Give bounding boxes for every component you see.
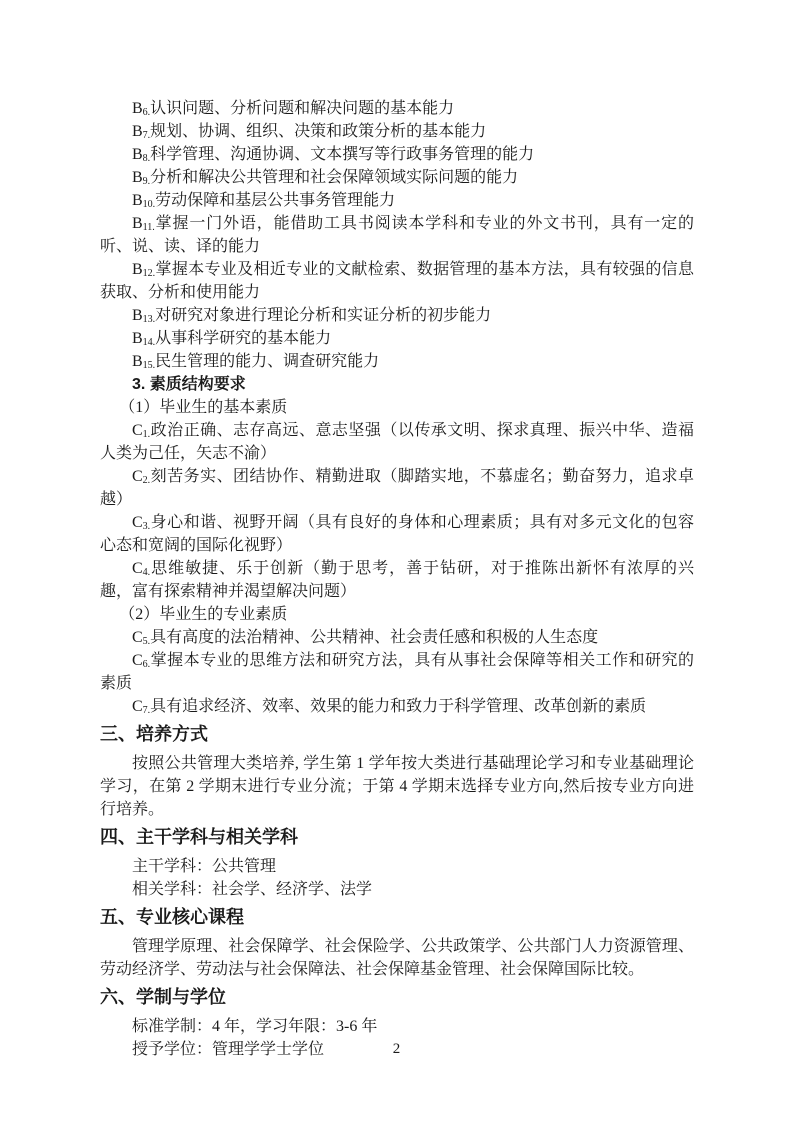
item-text: 规划、协调、组织、决策和政策分析的基本能力 [150, 123, 486, 140]
basic-quality-list: C1.政治正确、志存高远、意志坚强（以传承文明、探求真理、振兴中华、造福人类为己… [100, 419, 694, 603]
item-text: 刻苦务实、团结协作、精勤进取（脚踏实地，不慕虚名；勤奋努力，追求卓越） [100, 468, 694, 508]
item-text: 民生管理的能力、调查研究能力 [155, 353, 379, 370]
training-mode-paragraph: 按照公共管理大类培养, 学生第 1 学年按大类进行基础理论学习和专业基础理论学习… [100, 752, 694, 821]
item-prefix: C [132, 629, 143, 646]
item-prefix: B [132, 146, 143, 163]
item-text: 身心和谐、视野开阔（具有良好的身体和心理素质；具有对多元文化的包容心态和宽阔的国… [100, 514, 694, 554]
main-discipline-line: 主干学科：公共管理 [100, 855, 694, 878]
item-prefix: B [132, 215, 143, 232]
ability-item-b7: B7.规划、协调、组织、决策和政策分析的基本能力 [100, 120, 694, 143]
quality-item-c6: C6.掌握本专业的思维方法和研究方法，具有从事社会保障等相关工作和研究的素质 [100, 649, 694, 695]
item-text: 具有高度的法治精神、公共精神、社会责任感和积极的人生态度 [150, 629, 598, 646]
related-discipline-line: 相关学科：社会学、经济学、法学 [100, 878, 694, 901]
professional-quality-list: C5.具有高度的法治精神、公共精神、社会责任感和积极的人生态度 C6.掌握本专业… [100, 626, 694, 718]
professional-quality-label: （2）毕业生的专业素质 [100, 603, 694, 626]
item-prefix: C [132, 514, 143, 531]
item-text: 从事科学研究的基本能力 [155, 330, 331, 347]
item-prefix: B [132, 330, 143, 347]
item-text: 掌握本专业的思维方法和研究方法，具有从事社会保障等相关工作和研究的素质 [100, 652, 694, 692]
quality-item-c1: C1.政治正确、志存高远、意志坚强（以传承文明、探求真理、振兴中华、造福人类为己… [100, 419, 694, 465]
item-prefix: B [132, 261, 143, 278]
quality-item-c7: C7.具有追求经济、效率、效果的能力和致力于科学管理、改革创新的素质 [100, 695, 694, 718]
item-text: 认识问题、分析问题和解决问题的基本能力 [150, 100, 454, 117]
quality-item-c3: C3.身心和谐、视野开阔（具有良好的身体和心理素质；具有对多元文化的包容心态和宽… [100, 511, 694, 557]
item-subscript: 13. [143, 314, 156, 325]
quality-item-c4: C4.思维敏捷、乐于创新（勤于思考，善于钻研，对于推陈出新怀有浓厚的兴趣，富有探… [100, 557, 694, 603]
ability-item-b6: B6.认识问题、分析问题和解决问题的基本能力 [100, 97, 694, 120]
document-page: B6.认识问题、分析问题和解决问题的基本能力 B7.规划、协调、组织、决策和政策… [0, 0, 793, 1122]
quality-structure-heading: 3. 素质结构要求 [100, 373, 694, 396]
ability-item-b12: B12.掌握本专业及相近专业的文献检索、数据管理的基本方法，具有较强的信息获取、… [100, 258, 694, 304]
item-prefix: C [132, 468, 143, 485]
ability-item-b13: B13.对研究对象进行理论分析和实证分析的初步能力 [100, 304, 694, 327]
section-heading-core-courses: 五、专业核心课程 [100, 905, 694, 929]
item-prefix: B [132, 123, 143, 140]
quality-item-c2: C2.刻苦务实、团结协作、精勤进取（脚踏实地，不慕虚名；勤奋努力，追求卓越） [100, 465, 694, 511]
section-heading-disciplines: 四、主干学科与相关学科 [100, 825, 694, 849]
item-text: 掌握本专业及相近专业的文献检索、数据管理的基本方法，具有较强的信息获取、分析和使… [100, 261, 694, 301]
item-prefix: C [132, 698, 143, 715]
item-prefix: B [132, 100, 143, 117]
item-text: 思维敏捷、乐于创新（勤于思考，善于钻研，对于推陈出新怀有浓厚的兴趣，富有探索精神… [100, 560, 694, 600]
item-prefix: B [132, 192, 143, 209]
item-text: 对研究对象进行理论分析和实证分析的初步能力 [155, 307, 491, 324]
item-prefix: B [132, 169, 143, 186]
ability-list: B6.认识问题、分析问题和解决问题的基本能力 B7.规划、协调、组织、决策和政策… [100, 97, 694, 373]
ability-item-b11: B11.掌握一门外语，能借助工具书阅读本学科和专业的外文书刊，具有一定的听、说、… [100, 212, 694, 258]
item-subscript: 10. [143, 199, 156, 210]
item-text: 分析和解决公共管理和社会保障领域实际问题的能力 [150, 169, 518, 186]
item-prefix: C [132, 422, 143, 439]
item-text: 科学管理、沟通协调、文本撰写等行政事务管理的能力 [150, 146, 534, 163]
basic-quality-label: （1）毕业生的基本素质 [100, 396, 694, 419]
item-subscript: 11. [143, 222, 155, 233]
item-text: 掌握一门外语，能借助工具书阅读本学科和专业的外文书刊，具有一定的听、说、读、译的… [100, 215, 694, 255]
item-subscript: 15. [143, 360, 156, 371]
standard-duration-line: 标准学制：4 年，学习年限：3-6 年 [100, 1015, 694, 1038]
ability-item-b14: B14.从事科学研究的基本能力 [100, 327, 694, 350]
item-text: 政治正确、志存高远、意志坚强（以传承文明、探求真理、振兴中华、造福人类为己任，矢… [100, 422, 694, 462]
item-prefix: B [132, 353, 143, 370]
ability-item-b15: B15.民生管理的能力、调查研究能力 [100, 350, 694, 373]
section-heading-training-mode: 三、培养方式 [100, 722, 694, 746]
item-subscript: 14. [143, 337, 156, 348]
item-prefix: B [132, 307, 143, 324]
ability-item-b10: B10.劳动保障和基层公共事务管理能力 [100, 189, 694, 212]
ability-item-b9: B9.分析和解决公共管理和社会保障领域实际问题的能力 [100, 166, 694, 189]
item-prefix: C [132, 652, 143, 669]
ability-item-b8: B8.科学管理、沟通协调、文本撰写等行政事务管理的能力 [100, 143, 694, 166]
core-courses-paragraph: 管理学原理、社会保障学、社会保险学、公共政策学、公共部门人力资源管理、劳动经济学… [100, 935, 694, 981]
section-heading-duration-degree: 六、学制与学位 [100, 985, 694, 1009]
page-number: 2 [0, 1040, 793, 1058]
item-text: 具有追求经济、效率、效果的能力和致力于科学管理、改革创新的素质 [150, 698, 646, 715]
item-subscript: 12. [143, 268, 156, 279]
quality-item-c5: C5.具有高度的法治精神、公共精神、社会责任感和积极的人生态度 [100, 626, 694, 649]
item-prefix: C [132, 560, 143, 577]
item-text: 劳动保障和基层公共事务管理能力 [155, 192, 395, 209]
